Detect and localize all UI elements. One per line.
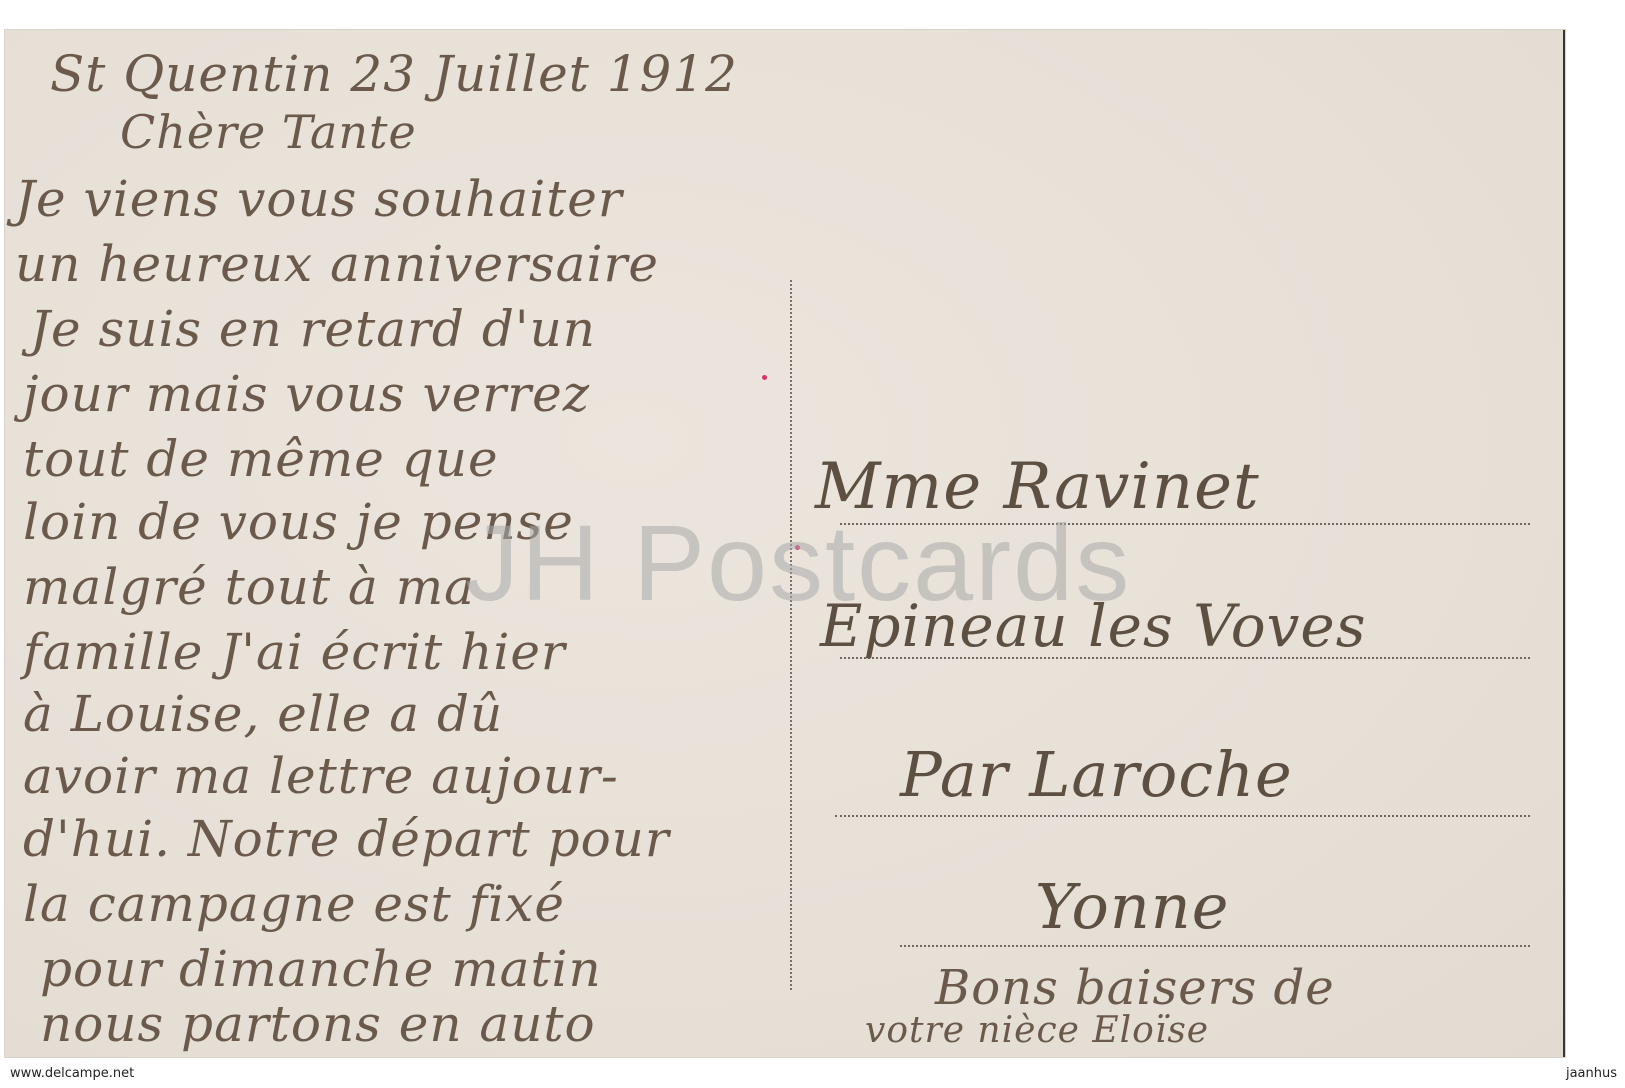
credit-jaanhus: jaanhus xyxy=(1566,1066,1617,1081)
postcard-back: St Quentin 23 Juillet 1912 Chère Tante J… xyxy=(5,30,1565,1057)
message-line: Je viens vous souhaiter xyxy=(15,170,623,228)
card-divider xyxy=(790,280,792,990)
credit-delcampe: www.delcampe.net xyxy=(10,1066,134,1081)
closing-signature: votre nièce Eloïse xyxy=(865,1010,1209,1051)
message-line: un heureux anniversaire xyxy=(15,235,659,293)
message-line-date: St Quentin 23 Juillet 1912 xyxy=(50,45,738,103)
message-line: jour mais vous verrez xyxy=(23,365,590,423)
address-via: Par Laroche xyxy=(900,738,1293,811)
message-line: famille J'ai écrit hier xyxy=(23,623,566,681)
message-line: Je suis en retard d'un xyxy=(30,300,596,358)
message-line: malgré tout à ma xyxy=(23,558,475,616)
watermark: JH Postcards xyxy=(465,500,1131,625)
message-line: d'hui. Notre départ pour xyxy=(23,810,670,868)
message-line: pour dimanche matin xyxy=(40,940,602,998)
address-line-rule xyxy=(900,945,1530,947)
message-line: avoir ma lettre aujour- xyxy=(23,747,619,805)
message-line: la campagne est fixé xyxy=(23,875,565,933)
message-line: à Louise, elle a dû xyxy=(23,685,503,743)
message-line: nous partons en auto xyxy=(40,995,596,1053)
address-department: Yonne xyxy=(1035,870,1229,943)
address-line-rule xyxy=(835,815,1530,817)
closing-line: Bons baisers de xyxy=(935,960,1335,1016)
message-line: tout de même que xyxy=(23,430,499,488)
ink-speck xyxy=(762,375,767,380)
message-line-salutation: Chère Tante xyxy=(120,105,417,159)
